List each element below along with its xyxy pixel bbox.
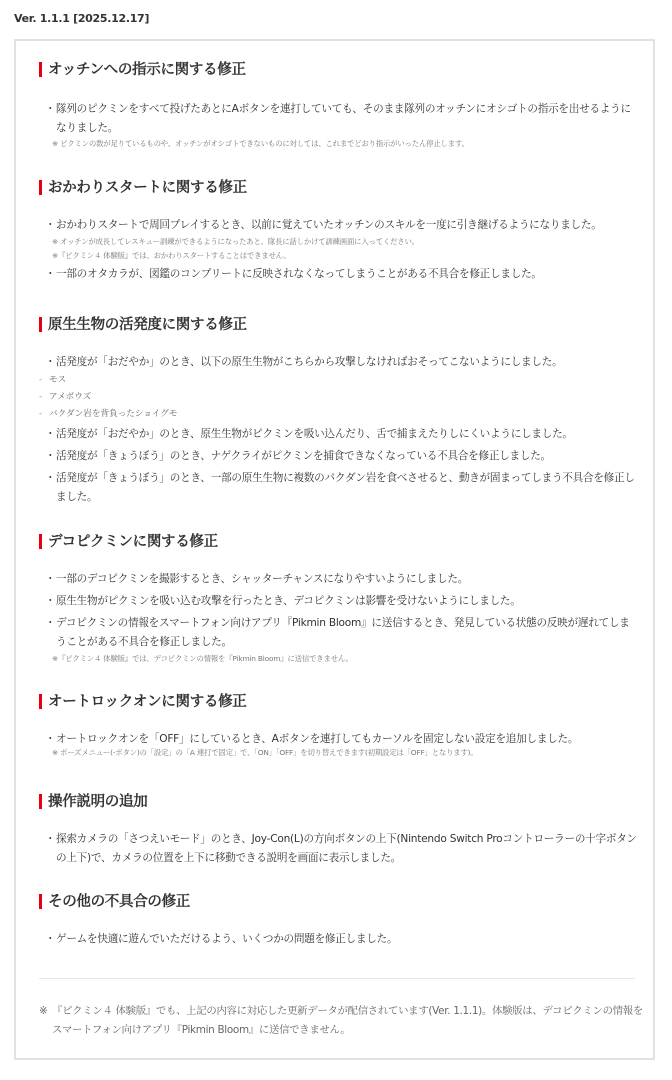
version-label: Ver. 1.1.1 [2025.12.17] — [14, 12, 149, 25]
heading-accent-bar — [39, 794, 42, 809]
heading-accent-bar — [39, 180, 42, 195]
list-item: ・隊列のピクミンをすべて投げたあとにAボタンを連打していても、そのまま隊列のオッ… — [39, 100, 639, 138]
section-other-fixes: その他の不具合の修正 ・ゲームを快適に遊んでいただけるよう、いくつかの問題を修正… — [39, 892, 639, 952]
note: ※『ピクミン４ 体験版』では、おかわりスタートすることはできません。 — [39, 249, 639, 263]
list-item: ・オートロックオンを「OFF」にしているとき、Aボタンを連打してもカーソルを固定… — [39, 730, 639, 749]
section-controls-help: 操作説明の追加 ・探索カメラの「さつえいモード」のとき、Joy-Con(L)の方… — [39, 792, 639, 871]
section-heading: デコピクミンに関する修正 — [39, 532, 639, 552]
sub-item: -モス — [39, 372, 639, 389]
heading-accent-bar — [39, 62, 42, 77]
section-heading: 操作説明の追加 — [39, 792, 639, 812]
sub-item: -バクダン岩を背負ったショイグモ — [39, 406, 639, 423]
section-decor-pikmin: デコピクミンに関する修正 ・一部のデコピクミンを撮影するとき、シャッターチャンス… — [39, 532, 639, 666]
section-heading: オッチンへの指示に関する修正 — [39, 60, 639, 80]
section-okawari-start: おかわりスタートに関する修正 ・おかわりスタートで周回プレイするとき、以前に覚え… — [39, 178, 639, 287]
section-heading: 原生生物の活発度に関する修正 — [39, 315, 639, 335]
note: ※『ピクミン４ 体験版』では、デコピクミンの情報を『Pikmin Bloom』に… — [39, 652, 639, 666]
section-heading: オートロックオンに関する修正 — [39, 692, 639, 712]
divider — [39, 978, 635, 979]
note: ※ ピクミンの数が足りているものや、オッチンがオシゴトできないものに対しては、こ… — [39, 137, 639, 151]
footer-note: ※ 『ピクミン４ 体験版』でも、上記の内容に対応した更新データが配信されています… — [39, 1002, 652, 1040]
list-item: ・活発度が「きょうぼう」のとき、ナゲクライがピクミンを捕食できなくなっている不具… — [39, 447, 639, 466]
note: ※ オッチンが成長してレスキュー訓練ができるようになったあと、隊長に話しかけて訓… — [39, 235, 639, 249]
section-heading: その他の不具合の修正 — [39, 892, 639, 912]
list-item: ・原生生物がピクミンを吸い込む攻撃を行ったとき、デコピクミンは影響を受けないよう… — [39, 592, 639, 611]
sub-item: -アメボウズ — [39, 389, 639, 406]
list-item: ・おかわりスタートで周回プレイするとき、以前に覚えていたオッチンのスキルを一度に… — [39, 216, 639, 235]
list-item: ・一部のオタカラが、図鑑のコンプリートに反映されなくなってしまうことがある不具合… — [39, 265, 639, 284]
list-item: ・デコピクミンの情報をスマートフォン向けアプリ『Pikmin Bloom』に送信… — [39, 614, 639, 652]
heading-accent-bar — [39, 317, 42, 332]
section-heading: おかわりスタートに関する修正 — [39, 178, 639, 198]
heading-accent-bar — [39, 894, 42, 909]
list-item: ・活発度が「おだやか」のとき、原生生物がピクミンを吸い込んだり、舌で捕まえたりし… — [39, 425, 639, 444]
heading-accent-bar — [39, 694, 42, 709]
list-item: ・探索カメラの「さつえいモード」のとき、Joy-Con(L)の方向ボタンの上下(… — [39, 830, 639, 868]
list-item: ・ゲームを快適に遊んでいただけるよう、いくつかの問題を修正しました。 — [39, 930, 639, 949]
list-item: ・活発度が「おだやか」のとき、以下の原生生物がこちらから攻撃しなければおそってこ… — [39, 353, 639, 372]
section-creature-activity: 原生生物の活発度に関する修正 ・活発度が「おだやか」のとき、以下の原生生物がこち… — [39, 315, 639, 510]
patch-notes-panel: オッチンへの指示に関する修正 ・隊列のピクミンをすべて投げたあとにAボタンを連打… — [14, 39, 655, 1060]
heading-accent-bar — [39, 534, 42, 549]
list-item: ・活発度が「きょうぼう」のとき、一部の原生生物に複数のバクダン岩を食べさせると、… — [39, 469, 639, 507]
section-otchin-commands: オッチンへの指示に関する修正 ・隊列のピクミンをすべて投げたあとにAボタンを連打… — [39, 60, 639, 151]
section-auto-lock-on: オートロックオンに関する修正 ・オートロックオンを「OFF」にしているとき、Aボ… — [39, 692, 639, 760]
list-item: ・一部のデコピクミンを撮影するとき、シャッターチャンスになりやすいようにしました… — [39, 570, 639, 589]
